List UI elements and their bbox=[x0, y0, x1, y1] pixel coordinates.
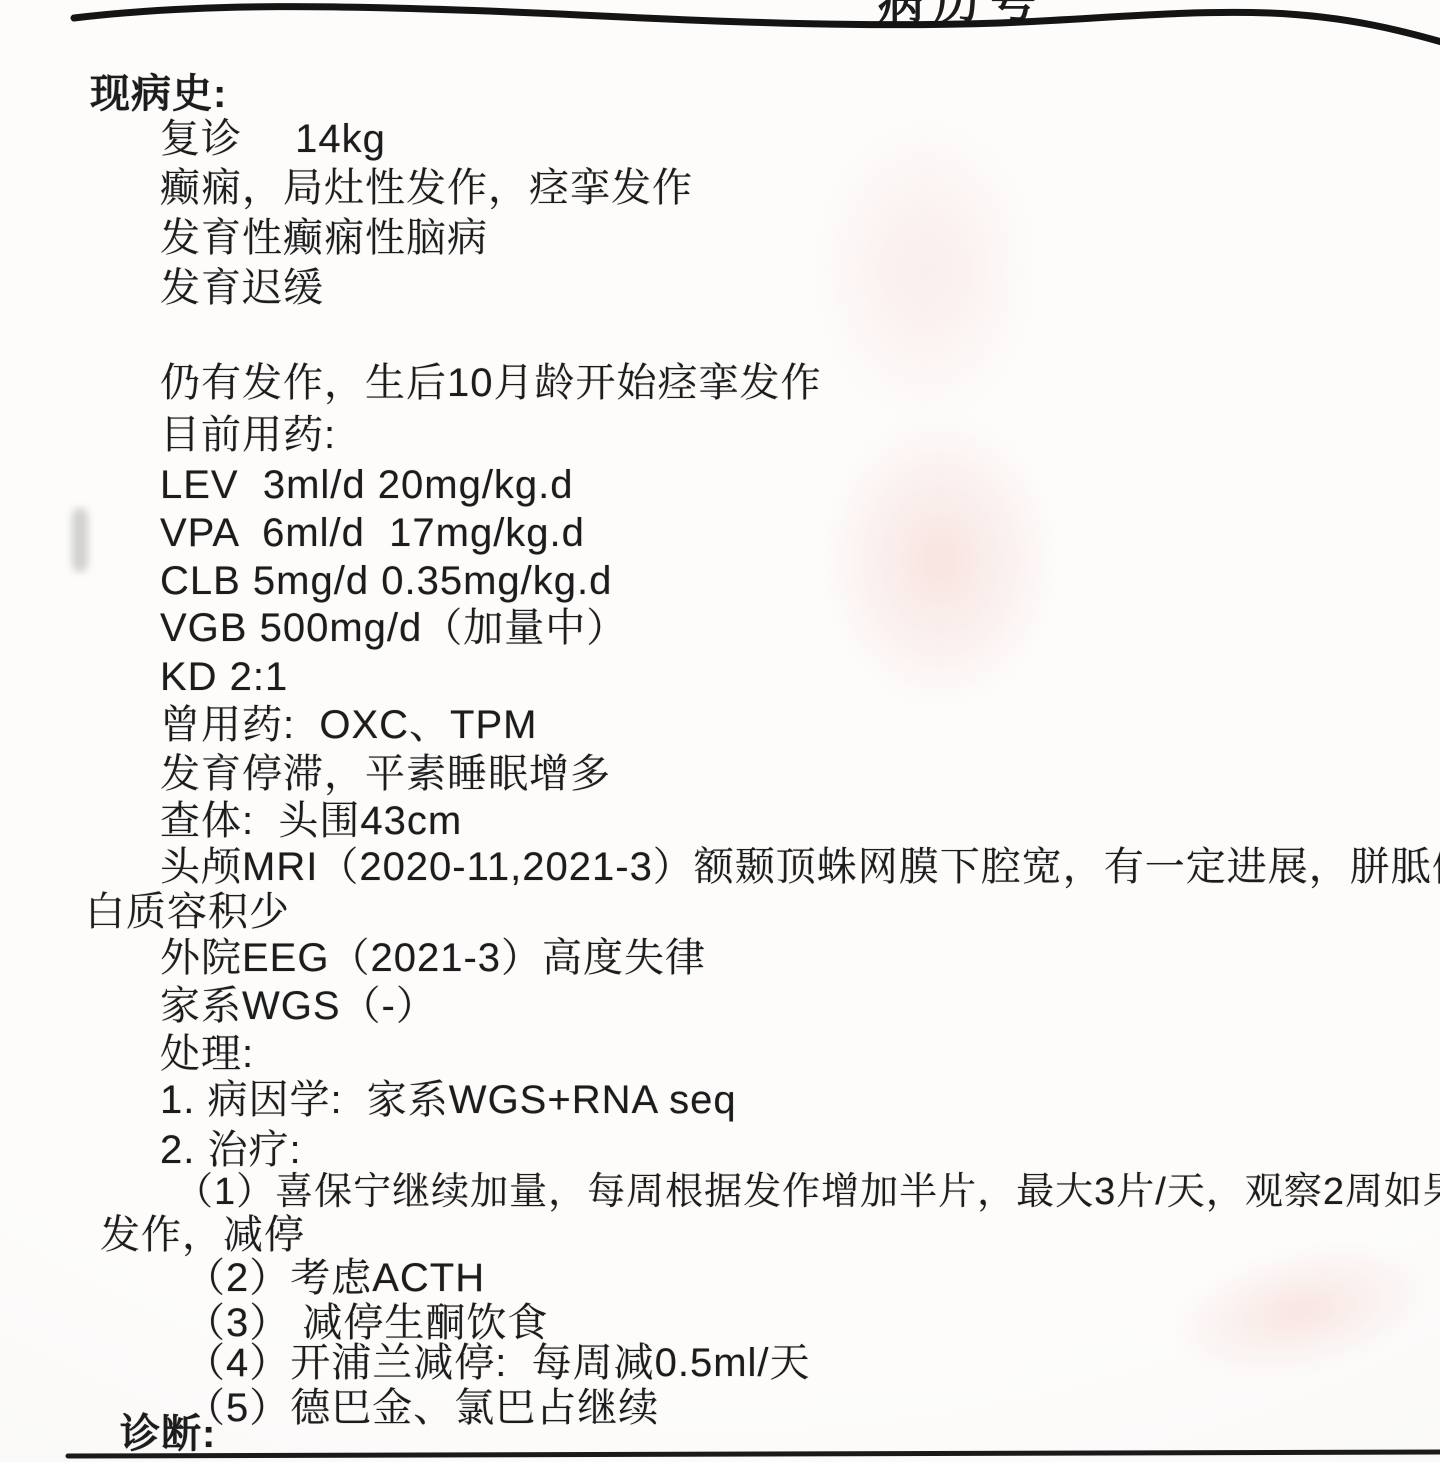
line-treatment-5: （5）德巴金、氯巴占继续 bbox=[185, 1386, 659, 1430]
line-med-vpa: VPA 6ml/d 17mg/kg.d bbox=[160, 511, 585, 555]
line-seizure-onset: 仍有发作，生后10月龄开始痉挛发作 bbox=[160, 361, 822, 405]
line-med-kd: KD 2:1 bbox=[160, 655, 288, 699]
line-med-lev: LEV 3ml/d 20mg/kg.d bbox=[160, 463, 574, 507]
line-plan-etiology: 1. 病因学: 家系WGS+RNA seq bbox=[160, 1078, 737, 1122]
line-followup-weight: 复诊 14kg bbox=[160, 117, 386, 161]
line-epilepsy-focal-spasm: 癫痫，局灶性发作，痉挛发作 bbox=[160, 166, 693, 210]
line-mri-findings-cont: 白质容积少 bbox=[85, 890, 290, 934]
gray-smear bbox=[72, 508, 88, 572]
line-treatment-1-cont: 发作，减停 bbox=[100, 1213, 305, 1257]
line-treatment-2: （2）考虑ACTH bbox=[185, 1256, 485, 1300]
line-current-meds-label: 目前用药: bbox=[160, 413, 336, 457]
line-treatment-4: （4）开浦兰减停: 每周减0.5ml/天 bbox=[185, 1341, 811, 1385]
line-eeg: 外院EEG（2021-3）高度失律 bbox=[160, 936, 706, 980]
line-wgs: 家系WGS（-） bbox=[160, 984, 437, 1028]
line-treatment-1: （1）喜保宁继续加量，每周根据发作增加半片，最大3片/天，观察2周如果仍 bbox=[175, 1172, 1440, 1214]
line-mri-findings: 头颅MRI（2020-11,2021-3）额颞顶蛛网膜下腔宽，有一定进展，胼胝体… bbox=[160, 845, 1440, 889]
pink-smudge bbox=[780, 360, 1100, 760]
line-med-vgb: VGB 500mg/d（加量中） bbox=[160, 606, 627, 650]
present-history-label: 现病史: bbox=[90, 72, 227, 116]
line-physical-exam: 查体: 头围43cm bbox=[160, 799, 462, 843]
line-developmental-delay: 发育迟缓 bbox=[160, 266, 324, 310]
pink-smudge bbox=[1117, 1196, 1440, 1423]
line-development-sleep: 发育停滞，平素睡眠增多 bbox=[160, 752, 611, 796]
line-treatment-3: （3） 减停生酮饮食 bbox=[185, 1301, 548, 1345]
pink-smudge bbox=[770, 60, 1080, 480]
diagnosis-label: 诊断: bbox=[120, 1412, 216, 1456]
line-prior-meds: 曾用药: OXC、TPM bbox=[160, 703, 537, 747]
medical-record-scan: 病历号 现病史: 复诊 14kg 癫痫，局灶性发作，痉挛发作 发育性癫痫性脑病 … bbox=[0, 0, 1440, 1462]
line-developmental-epileptic-encephalopathy: 发育性癫痫性脑病 bbox=[160, 216, 488, 260]
line-med-clb: CLB 5mg/d 0.35mg/kg.d bbox=[160, 559, 612, 603]
line-plan-treatment-label: 2. 治疗: bbox=[160, 1128, 302, 1172]
line-plan-label: 处理: bbox=[160, 1032, 254, 1076]
